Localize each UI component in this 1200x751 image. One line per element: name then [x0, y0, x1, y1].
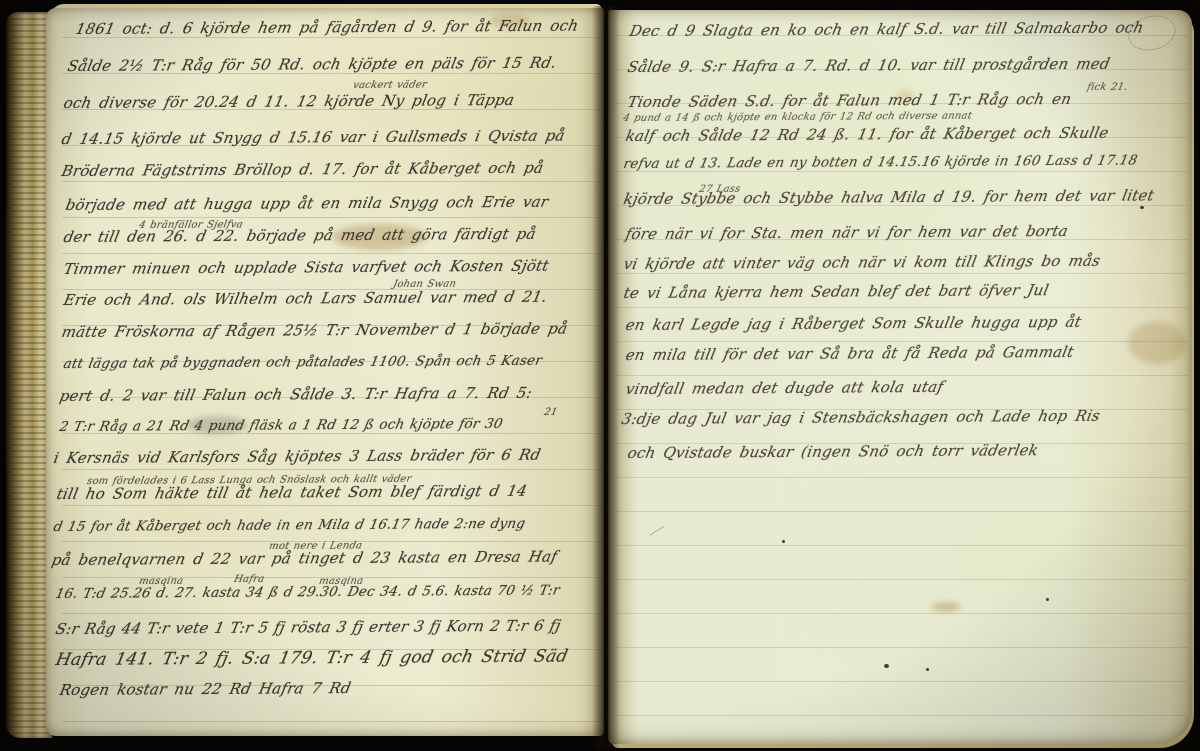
handwriting-line: 3:dje dag Jul var jag i Stensbäckshagen …: [620, 407, 1102, 428]
interline-note: vackert väder: [352, 79, 428, 91]
handwriting-line: Sålde 2½ T:r Råg för 50 Rd. och kjöpte e…: [66, 54, 558, 75]
handwriting-line: Tionde Säden S.d. for åt Falun med 1 T:r…: [626, 90, 1073, 111]
handwriting-line: d 15 for åt Kåberget och hade in en Mila…: [52, 516, 527, 535]
ink-speck: [926, 668, 929, 671]
ink-speck: [782, 540, 785, 543]
ink-speck: [1046, 598, 1049, 601]
handwriting-line: vi kjörde att vinter väg och när vi kom …: [622, 252, 1102, 273]
interline-note: 4 bränfällor Sjelfva: [138, 219, 244, 231]
handwriting-line: Rogen kostar nu 22 Rd Hafra 7 Rd: [58, 679, 353, 699]
handwriting-line: Hafra 141. T:r 2 fj. S:a 179. T:r 4 fj g…: [54, 646, 570, 670]
ink-speck: [1140, 206, 1144, 209]
interline-note: masqina: [318, 576, 364, 587]
handwriting-line: d 14.15 kjörde ut Snygg d 15.16 var i Gu…: [60, 126, 567, 148]
interline-note: mot nere i Lenda: [268, 540, 363, 552]
book-gutter: [592, 6, 620, 748]
superscript-note: 21: [543, 407, 558, 418]
handwriting-line: der till den 26. d 22. började på med at…: [62, 225, 538, 246]
handwriting-line: vindfall medan det dugde att kola utaf: [624, 378, 945, 398]
handwriting-line: före när vi for Sta. men när vi for hem …: [624, 222, 1070, 243]
handwriting-line: pert d. 2 var till Falun och Sålde 3. T:…: [58, 384, 534, 405]
superscript-note: fick 21.: [1086, 82, 1129, 93]
handwriting-line: Sålde 9. S:r Hafra a 7. Rd. d 10. var ti…: [626, 55, 1112, 76]
interline-note: Hafra: [233, 574, 265, 585]
handwriting-line: S:r Råg 44 T:r vete 1 T:r 5 fj rösta 3 f…: [54, 616, 562, 638]
handwriting-line: te vi Låna kjerra hem Sedan blef det bar…: [622, 281, 1051, 302]
handwriting-line: Dec d 9 Slagta en ko och en kalf S.d. va…: [628, 18, 1145, 40]
ink-speck: [884, 664, 889, 668]
interline-note: Johan Swan: [392, 279, 457, 290]
handwriting-line: en mila till för det var Så bra åt få Re…: [624, 343, 1076, 364]
ink-stain: [1128, 322, 1186, 364]
superscript-note: 27 Lass: [698, 184, 741, 195]
interline-note: masqina: [138, 576, 184, 587]
ink-stain: [932, 602, 960, 612]
handwriting-line: kalf och Sålde 12 Rd 24 ß. 11. for åt Kå…: [624, 124, 1110, 145]
handwriting-line: och diverse för 20.24 d 11. 12 kjörde Ny…: [62, 91, 516, 112]
handwriting-line: 1861 oct: d. 6 kjörde hem på fägården d …: [74, 16, 580, 38]
handwriting-line: Bröderna Fägtstrims Bröllop d. 17. for å…: [60, 159, 545, 180]
handwriting-line: i Kersnäs vid Karlsfors Såg kjöptes 3 La…: [52, 446, 542, 467]
interline-note: som fördelades i 6 Lass Lunga och Snösla…: [86, 474, 413, 487]
handwriting-line: mätte Fröskorna af Rågen 25½ T:r Novembe…: [60, 319, 569, 341]
handwriting-line: och Qvistade buskar (ingen Snö och torr …: [626, 441, 1040, 462]
handwriting-line: att lägga tak på byggnaden och påtalades…: [62, 353, 544, 372]
diary-photo: ⟋ 1861 oct: d. 6 kjörde hem på fägården …: [0, 0, 1200, 751]
handwriting-line: Erie och And. ols Wilhelm och Lars Samue…: [62, 288, 549, 309]
handwriting-line: en karl Legde jag i Råberget Som Skulle …: [624, 313, 1083, 334]
handwriting-line: Timmer minuen och upplade Sista varfvet …: [62, 257, 551, 278]
handwriting-line: började med att hugga upp åt en mila Sny…: [64, 193, 550, 214]
handwriting-line: 2 T:r Råg a 21 Rd 4 pund fläsk a 1 Rd 12…: [58, 416, 504, 435]
